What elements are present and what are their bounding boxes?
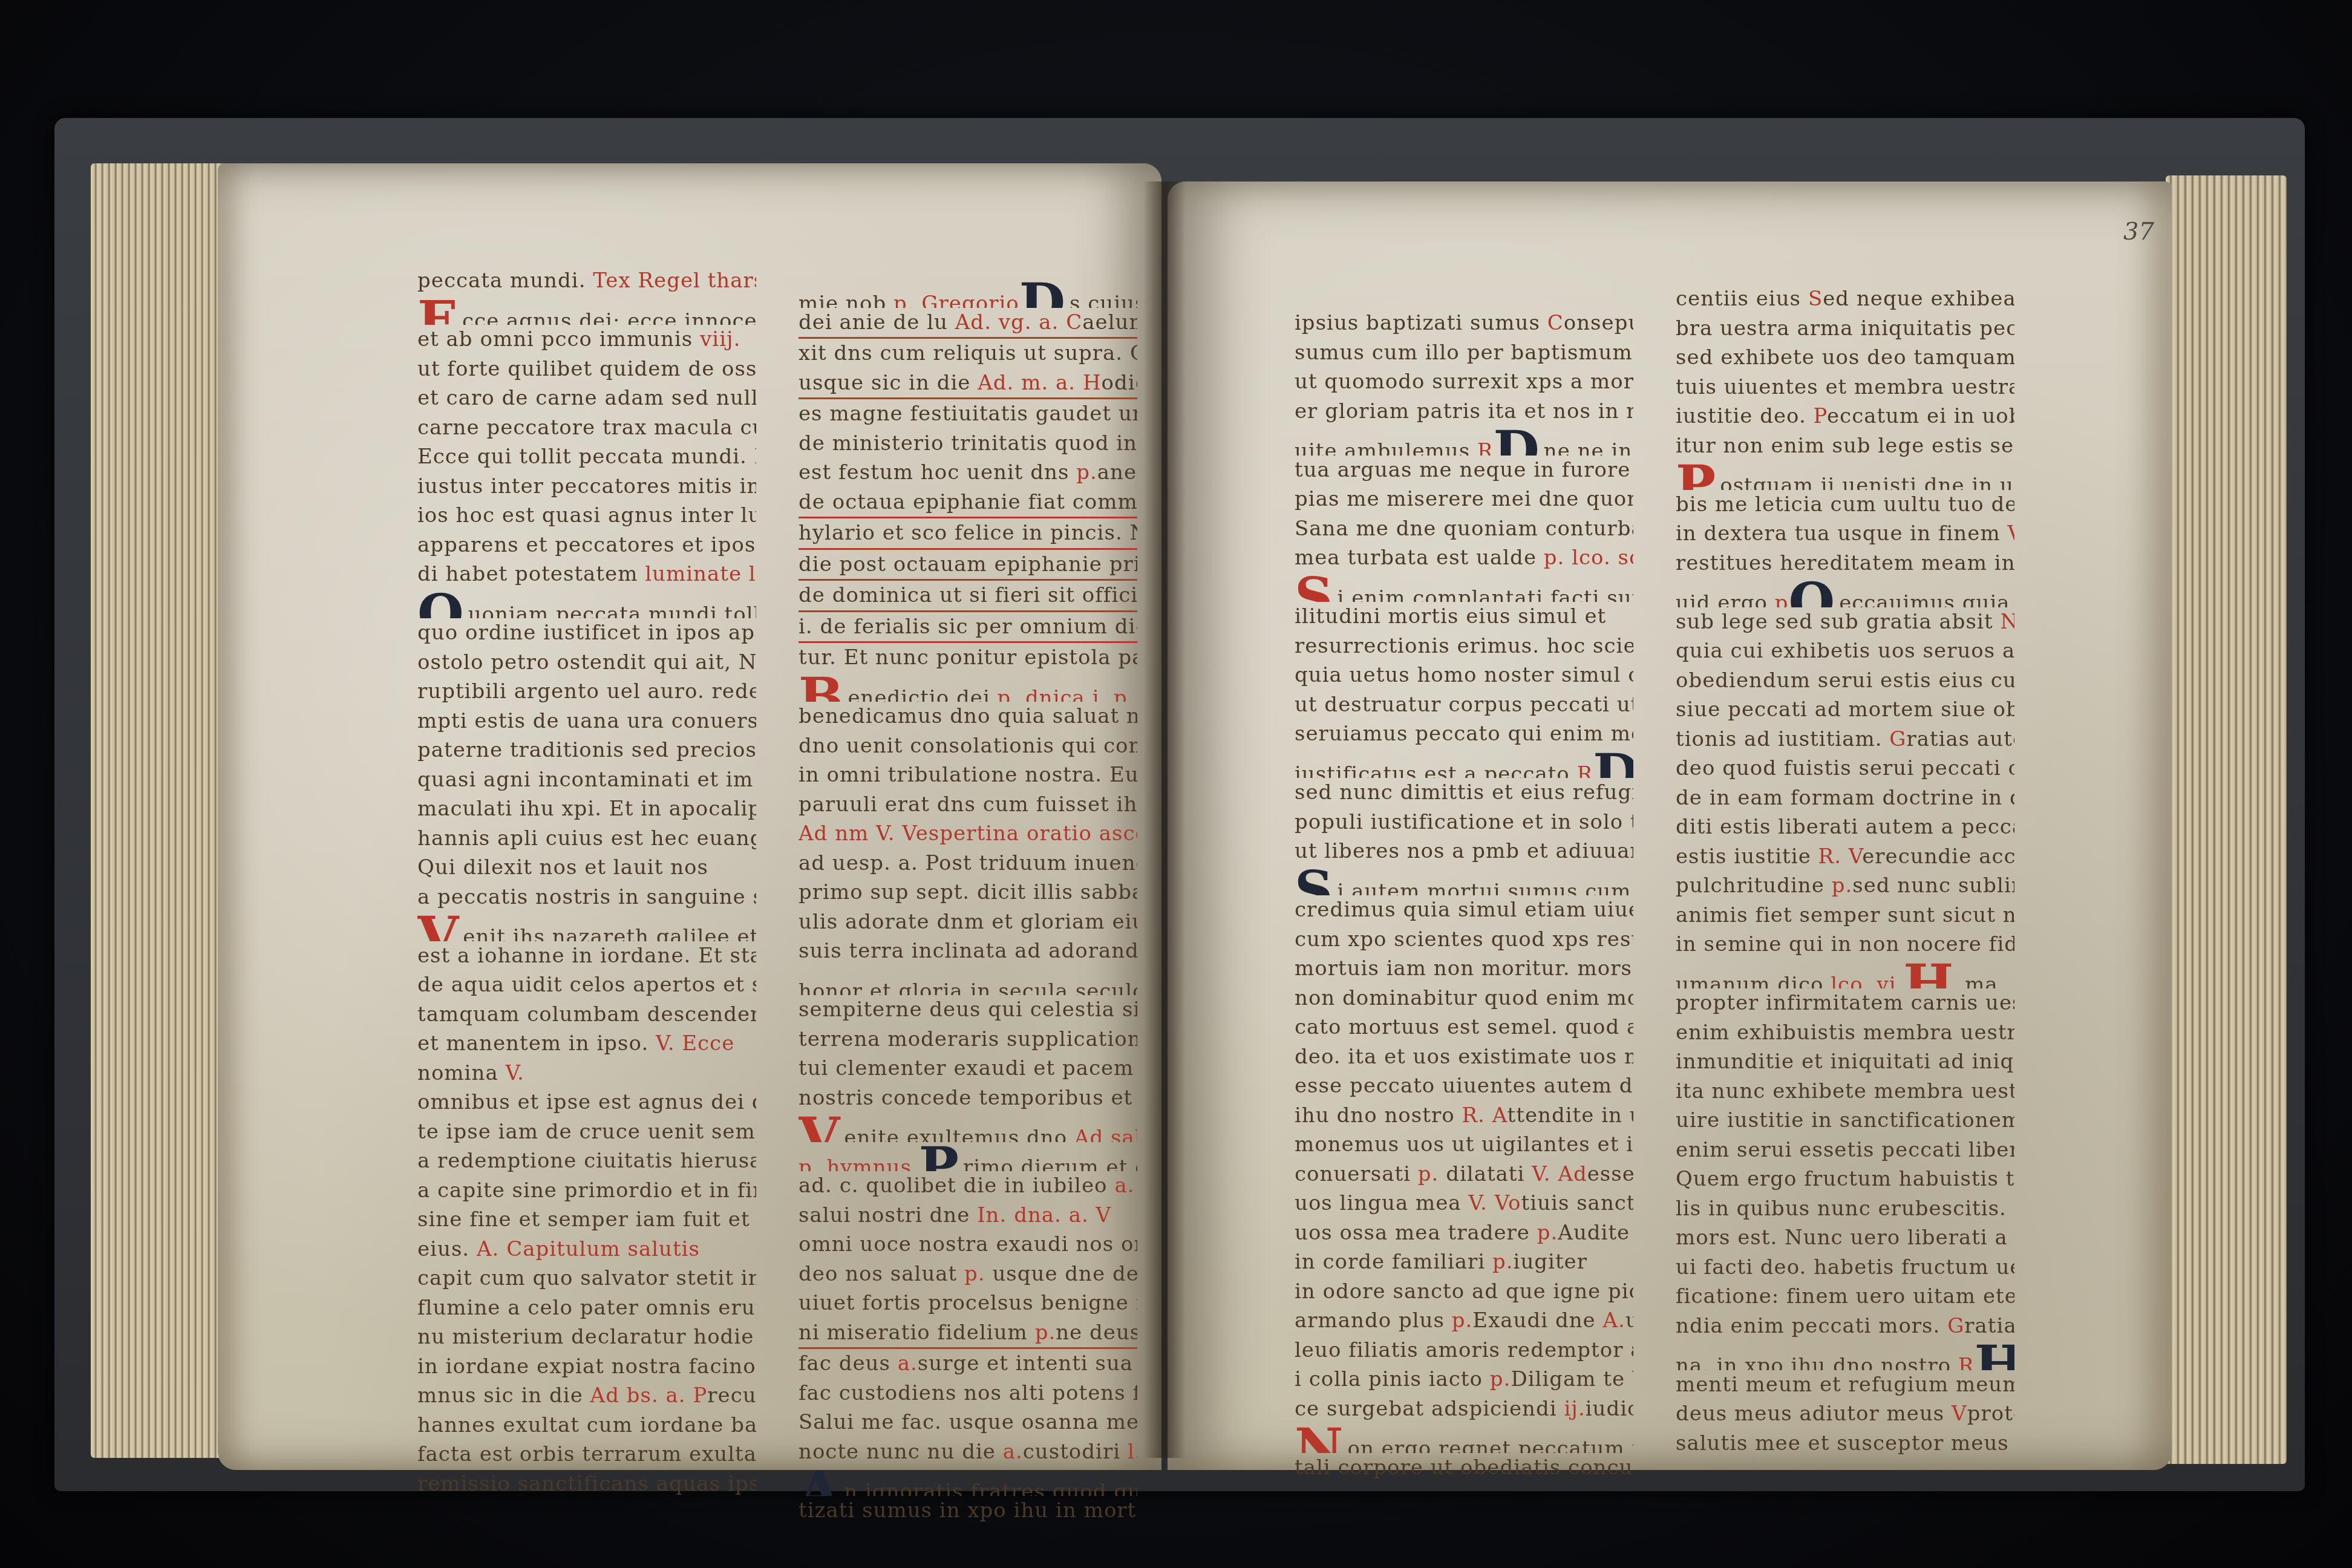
manuscript-line: ut forte quilibet quidem de ossibus adam [417, 354, 756, 384]
text: mea turbata est ualde [1295, 546, 1544, 570]
text: deo. ita et uos existimate uos mortuos [1295, 1045, 1633, 1069]
text: nu misterium declaratur hodie qui creato… [417, 1325, 756, 1349]
rubric: p [1775, 591, 1789, 607]
text: hannes exultat cum iordane baptizato dno [417, 1413, 756, 1437]
manuscript-line: tua arguas me neque in furore tuo corri [1295, 456, 1633, 485]
text: ma [1958, 973, 1998, 989]
manuscript-line: tamquam columbam descendentem [417, 1000, 756, 1030]
manuscript-line: eius. A. Capitulum salutis [417, 1235, 756, 1264]
text: mortuis iam non moritur. mors illi ultra [1295, 956, 1633, 981]
text: uos ossa mea tradere [1295, 1221, 1537, 1245]
manuscript-line: itur non enim sub lege estis sed sub gra… [1676, 431, 2014, 461]
rubric: a. [1003, 1440, 1023, 1464]
manuscript-line: es magne festiuitatis gaudet uniuersus o… [799, 399, 1137, 429]
manuscript-line: ce surgebat adspiciendi ij.iudicia in ii [1295, 1394, 1633, 1424]
text: er gloriam patris ita et nos in nouitate [1295, 399, 1633, 423]
right-page-column-1: ipsius baptizati sumus Consepulti eisumu… [1295, 309, 1633, 1482]
decorated-initial: V [417, 912, 459, 941]
text: te ipse iam de cruce uenit semper [417, 1120, 756, 1144]
rubric: Ad salutari [1074, 1126, 1137, 1142]
book-gutter [1143, 181, 1186, 1458]
rubric: lco. vj. [1831, 973, 1903, 989]
manuscript-line: tionis ad iustitiam. Gratias autem [1676, 725, 2014, 754]
decorated-initial: B [799, 673, 844, 702]
manuscript-line: Si autem mortui sumus cum xpo: [1295, 866, 1633, 896]
text: ratias autem [1906, 727, 2014, 751]
manuscript-line: An ignoratis fratres quod quicumque bap [799, 1466, 1137, 1496]
text: in omni tribulatione nostra. Euangelium [799, 763, 1137, 787]
rubric: p. [1832, 874, 1853, 898]
text: iustus inter peccatores mitis inter imp [417, 474, 756, 498]
manuscript-line: mea turbata est ualde p. lco. scda [1295, 543, 1633, 573]
manuscript-line: uos ossa mea tradere p.Audite [1295, 1218, 1633, 1248]
text: di habet potestatem [417, 562, 645, 586]
text: et ab omni pcco immunis [417, 327, 700, 351]
decorated-initial: A [799, 1466, 840, 1496]
manuscript-line: Quem ergo fructum habuistis tunc in il [1676, 1165, 2014, 1194]
text: iugiter [1514, 1250, 1587, 1274]
text: de octaua epiphanie fiat commemoratio de… [799, 490, 1137, 514]
manuscript-line: terrena moderaris supplicationes populi [799, 1025, 1137, 1054]
text: de dominica ut si fieri sit officium de … [799, 583, 1137, 607]
text: quia cui exhibetis uos seruos ad [1676, 639, 2014, 663]
text: Salui me fac. usque osanna me dne [799, 1410, 1137, 1434]
text: ita nunc exhibete membra uestra ser [1676, 1079, 2014, 1103]
text: uos lingua mea [1295, 1191, 1468, 1215]
manuscript-line: deo nos saluat p. usque dne deus meus [799, 1259, 1137, 1289]
text: pias me miserere mei dne quoniam infirmu… [1295, 487, 1633, 511]
manuscript-line: benedicamus dno quia saluat nos epiphani… [799, 702, 1137, 731]
text: Sana me dne quoniam conturbata sunt ossa… [1295, 517, 1633, 541]
text: ndia enim peccati mors. [1676, 1314, 1947, 1338]
text: n ignoratis fratres quod quicumque bap [844, 1480, 1137, 1496]
text: fac custodiens nos alti potens famulos [799, 1381, 1137, 1405]
manuscript-line: diti estis liberati autem a peccato seru… [1676, 812, 2014, 842]
manuscript-line: de in eam formam doctrine in qua tra [1676, 783, 2014, 813]
text: nocte nunc nu die [799, 1440, 1003, 1464]
manuscript-line: ad uesp. a. Post triduum inuenerunt ihm [799, 849, 1137, 878]
text: uiuet fortis procelsus benigne inter spi… [799, 1291, 1137, 1315]
text: propter infirmitatem carnis uestre. Sicu… [1676, 991, 2014, 1015]
decorated-initial: E [417, 296, 459, 325]
text: resurrectionis erimus. hoc scientes [1295, 634, 1633, 658]
rubric: ij. [1564, 1397, 1585, 1421]
rubric: V. Vo [1468, 1191, 1521, 1215]
text: ad. c. quolibet die in iubileo [799, 1174, 1114, 1198]
text: tionis ad iustitiam. [1676, 727, 1889, 751]
text: ratia autem uita eter [1964, 1314, 2014, 1338]
manuscript-line: tizati sumus in xpo ihu in morte. [799, 1496, 1137, 1526]
text: pulchritudine [1676, 874, 1832, 898]
text: a redemptione ciuitatis hierusalem [417, 1149, 756, 1173]
text: deo nos saluat [799, 1262, 964, 1286]
text: enit ihs nazareth galilee et baptizato [463, 925, 756, 941]
text: ne ne in ira [1544, 439, 1633, 456]
decorated-initial: D [1019, 278, 1066, 308]
text: paterne traditionis sed precioso sanguin… [417, 738, 756, 762]
rubric: Ad. m. a. H [978, 371, 1101, 395]
text: quasi agni incontaminati et im [417, 768, 753, 792]
rubric: p. [1537, 1221, 1558, 1245]
manuscript-line: cum xpo scientes quod xps resurgens ex [1295, 925, 1633, 955]
text: ut quomodo surrexit xps a mortuis p [1295, 370, 1633, 394]
manuscript-line: de ministerio trinitatis quod in iordane… [799, 429, 1137, 459]
manuscript-line: tui clementer exaudi et pacem tuam [799, 1054, 1137, 1083]
manuscript-line: lis in quibus nunc erubescitis. Nam fini… [1676, 1194, 2014, 1224]
text: usque dne deus meus [992, 1262, 1137, 1286]
rubric: In. dna. a. V [977, 1203, 1111, 1227]
text: primo sup sept. dicit illis sabbato ad u… [799, 880, 1137, 904]
text: peccata mundi. [417, 269, 593, 293]
text: i. de ferialis sic per omnium die conseq… [799, 615, 1137, 639]
text: sumus cum illo per baptismum in mortem. [1295, 341, 1633, 365]
manuscript-line: resurrectionis erimus. hoc scientes [1295, 632, 1633, 661]
text: flumine a celo pater omnis erupit [417, 1296, 756, 1320]
manuscript-line: in corde familiari p.iugiter [1295, 1247, 1633, 1277]
text: suis terra inclinata ad adorandum [799, 939, 1137, 963]
manuscript-line: mors est. Nunc uero liberati a peccato s… [1676, 1223, 2014, 1253]
manuscript-line: fac deus a.surge et intenti sua nummina [799, 1349, 1137, 1379]
manuscript-line: suis terra inclinata ad adorandum p. ad [799, 936, 1137, 966]
manuscript-line: sed exhibete uos deo tamquam ex mor [1676, 343, 2014, 373]
manuscript-line: sed nunc dimittis et eius refugium [1295, 778, 1633, 808]
manuscript-line: hannis apli cuius est hec euangelium. [417, 824, 756, 854]
text: in corde familiari [1295, 1250, 1492, 1274]
folio-number: 37 [2123, 218, 2154, 246]
manuscript-line: tali corpore ut obediatis concupis. [1295, 1453, 1633, 1483]
text: de ministerio trinitatis quod in iordane… [799, 431, 1137, 456]
manuscript-line: ruptibili argento uel auro. rede [417, 677, 756, 707]
text: benedicamus dno quia saluat nos epiphani… [799, 704, 1137, 728]
manuscript-line: uid ergo pQeccauimus quia non sumus [1676, 578, 2014, 607]
text: ostolo petro ostendit qui ait, No cor [417, 650, 756, 675]
decorated-initial: S [1295, 866, 1334, 896]
manuscript-line: monemus uos ut uigilantes et in oratione [1295, 1130, 1633, 1160]
manuscript-line: facta est orbis terrarum exultatio facta… [417, 1440, 756, 1469]
text: fac deus [799, 1351, 898, 1376]
text: tiuis sanctis [1521, 1191, 1633, 1215]
text: erecundie accepto [1862, 844, 2014, 869]
text: ttendite in uos [1508, 1103, 1633, 1128]
text: capit cum quo salvator stetit in iordane [417, 1266, 756, 1290]
text: surge et intenti sua nummina [918, 1351, 1137, 1376]
text: obediendum serui estis eius cui obeditis [1676, 668, 2014, 693]
text: armando plus [1295, 1308, 1452, 1333]
rubric: P [1814, 404, 1827, 428]
decorated-initial: H [1975, 1341, 2014, 1370]
manuscript-line: na. in xpo ihu dno nostro RHirma [1676, 1341, 2014, 1370]
manuscript-line: er gloriam patris ita et nos in nouitate [1295, 397, 1633, 426]
manuscript-line: ficatione: finem uero uitam eternam. Sti… [1676, 1282, 2014, 1312]
text: ad uesp. a. Post triduum inuenerunt ihm [799, 851, 1137, 875]
manuscript-line: non dominabitur quod enim mortuus est pe… [1295, 984, 1633, 1013]
manuscript-line: fac custodiens nos alti potens famulos a… [799, 1379, 1137, 1408]
manuscript-line: propter infirmitatem carnis uestre. Sicu… [1676, 988, 2014, 1018]
manuscript-line: inmunditie et iniquitati ad iniquitatem [1676, 1047, 2014, 1077]
text: Audite [1558, 1221, 1630, 1245]
text: facta est orbis terrarum exultatio facta… [417, 1442, 756, 1466]
text: protector meus et cornu [1967, 1402, 2014, 1426]
manuscript-line: Ecce qui tollit peccata mundi. Ecce q [417, 442, 756, 472]
rubric: p. [1492, 1250, 1514, 1274]
manuscript-line: dei anie de lu Ad. vg. a. Caelum princip… [799, 308, 1137, 339]
text: esse [1587, 1162, 1633, 1186]
manuscript-line: menti meum et refugium meum et liberator… [1676, 1370, 2014, 1400]
rubric: R [1958, 1354, 1975, 1370]
manuscript-line: quo ordine iustificet in ipos ap [417, 618, 756, 648]
manuscript-line: Postquam ii uenisti dne in uias uite ad … [1676, 460, 2014, 490]
rubric: N [2000, 610, 2014, 634]
manuscript-line: i. de ferialis sic per omnium die conseq… [799, 612, 1137, 644]
manuscript-line: omnibus et ipse est agnus dei qui tollit [417, 1088, 756, 1117]
text: siue peccati ad mortem siue obedi [1676, 697, 2014, 722]
text: s cuius filius p hominis [1070, 292, 1137, 308]
rubric: V. T [2007, 521, 2014, 546]
manuscript-line: a redemptione ciuitatis hierusalem [417, 1146, 756, 1176]
rubric: R. A [1462, 1103, 1507, 1128]
manuscript-line: de octaua epiphanie fiat commemoratio de… [799, 488, 1137, 519]
text: centiis eius [1676, 287, 1808, 311]
text: mors est. Nunc uero liberati a peccato s… [1676, 1226, 2014, 1250]
text: tali corpore ut obediatis concupis. [1295, 1455, 1633, 1480]
text: i colla pinis iacto [1295, 1367, 1490, 1391]
text: de in eam formam doctrine in qua tra [1676, 786, 2014, 810]
text: ane dies uespre [1097, 460, 1137, 485]
decorated-initial: Q [1789, 578, 1836, 607]
text: remissio sanctificans aquas ipsi omnes c… [417, 1472, 756, 1496]
manuscript-line: a capite sine primordio et in fine [417, 1176, 756, 1206]
manuscript-line: die post octauam epiphanie primo occurri… [799, 550, 1137, 581]
manuscript-line: uite ambulemus RDne ne in ira [1295, 426, 1633, 456]
text: de aqua uidit celos apertos et spm [417, 973, 756, 997]
text: nomina [417, 1061, 505, 1085]
manuscript-line: p. hymnus Primo dierum et di ad [799, 1142, 1137, 1172]
manuscript-line: conuersati p. dilatati V. Adesse [1295, 1160, 1633, 1189]
manuscript-line: tuis uiuentes et membra uestra arma [1676, 373, 2014, 402]
text: salutis mee et susceptor meus [1676, 1431, 2014, 1455]
manuscript-line: enim serui essetis peccati liberi fuisti… [1676, 1135, 2014, 1165]
manuscript-line: di habet potestatem luminate lco. [417, 560, 756, 589]
manuscript-line: mortuis iam non moritur. mors illi ultra [1295, 954, 1633, 984]
manuscript-line: Benedictio dei p. dnica i. p. oct. [799, 673, 1137, 702]
manuscript-line: omni uoce nostra exaudi nos oratio nostr… [799, 1230, 1137, 1259]
manuscript-line: te ipse iam de cruce uenit semper [417, 1117, 756, 1147]
manuscript-line: deus meus adiutor meus Vprotector meus e… [1676, 1399, 2014, 1429]
text: diti estis liberati autem a peccato seru… [1676, 815, 2014, 839]
rubric: V. [505, 1061, 524, 1085]
text: ce surgebat adspiciendi [1295, 1397, 1564, 1421]
manuscript-line: Ad nm V. Vespertina oratio ascendat ad t… [799, 819, 1137, 849]
text: restitues hereditatem meam in [1676, 551, 2014, 575]
text: tizati sumus in xpo ihu in morte. [799, 1498, 1137, 1523]
text: bra uestra arma iniquitatis peccato: [1676, 316, 2014, 341]
manuscript-line: ipsius baptizati sumus Consepulti ei [1295, 309, 1633, 338]
text: itur non enim sub lege estis sed sub gra… [1676, 434, 2014, 458]
manuscript-line: ad. c. quolibet die in iubileo a. P [799, 1171, 1137, 1201]
manuscript-line: in semine qui in non nocere fidelis [1676, 930, 2014, 959]
manuscript-line: ostolo petro ostendit qui ait, No cor [417, 648, 756, 678]
manuscript-line: Venit ihs nazareth galilee et baptizato [417, 912, 756, 941]
manuscript-line: ita nunc exhibete membra uestra ser [1676, 1077, 2014, 1106]
text: monemus uos ut uigilantes et in oratione [1295, 1132, 1633, 1157]
rubric: luminate lco. [645, 562, 756, 586]
manuscript-line: est festum hoc uenit dns p.ane dies uesp… [799, 458, 1137, 488]
text: iudicia in ii [1586, 1397, 1633, 1421]
text: Diligam te [1511, 1367, 1632, 1391]
text: deus meus adiutor meus [1676, 1402, 1952, 1426]
text: ut liberes nos a pmb et adiuuare [1295, 839, 1633, 863]
manuscript-line: uire iustitie in sanctificationem. Cum [1676, 1106, 2014, 1135]
decorated-initial: P [919, 1142, 959, 1172]
manuscript-line: cato mortuus est semel. quod autem uiuit… [1295, 1013, 1633, 1042]
manuscript-line: ni miseratio fidelium p.ne deus. usque s… [799, 1318, 1137, 1350]
text: aelum principium [1082, 310, 1137, 335]
rubric: G [1947, 1314, 1964, 1338]
manuscript-line: sumus cum illo per baptismum in mortem. [1295, 338, 1633, 368]
text: a capite sine primordio et in fine [417, 1178, 756, 1203]
manuscript-line: nomina V. [417, 1059, 756, 1088]
text: hylario et sco felice in pincis. Notandu… [799, 521, 1137, 545]
manuscript-line: de aqua uidit celos apertos et spm [417, 970, 756, 1000]
text: quo ordine iustificet in ipos ap [417, 621, 755, 645]
text: xit dns cum reliquis ut supra. Capitulum… [799, 341, 1137, 365]
manuscript-line: deo. ita et uos existimate uos mortuos [1295, 1042, 1633, 1072]
manuscript-line: hylario et sco felice in pincis. Notandu… [799, 518, 1137, 550]
manuscript-line: ulis adorate dnm et gloriam eius sed [799, 907, 1137, 937]
manuscript-line: remissio sanctificans aquas ipsi omnes c… [417, 1469, 756, 1499]
manuscript-line: uos lingua mea V. Votiuis sanctis [1295, 1189, 1633, 1218]
manuscript-line: ihu dno nostro R. Attendite in uos [1295, 1101, 1633, 1131]
manuscript-line: nocte nunc nu die a.custodiri l. ij. l. … [799, 1437, 1137, 1467]
decorated-initial: D [1494, 426, 1540, 456]
manuscript-line: animis fiet semper sunt sicut nos [1676, 901, 2014, 930]
manuscript-line: estis iustitie R. Verecundie accepto [1676, 842, 2014, 872]
text: Exaudi dne [1472, 1308, 1602, 1333]
manuscript-line: nostris concede temporibus et cet. Inuit… [799, 1083, 1137, 1113]
manuscript-line: mnus sic in die Ad bs. a. Precursor io [417, 1381, 756, 1411]
text: et manentem in ipso. [417, 1031, 656, 1056]
text: omni uoce nostra exaudi nos oratio nostr… [799, 1232, 1137, 1256]
text: mnus sic in die [417, 1383, 590, 1408]
manuscript-line: hannes exultat cum iordane baptizato dno [417, 1411, 756, 1440]
text: enedictio dei [848, 686, 997, 702]
decorated-initial: P [1676, 460, 1716, 490]
text: rimo dierum et di ad [963, 1155, 1137, 1172]
rubric: V. Ad [1532, 1162, 1587, 1186]
rubric: l. ij. l. j. [1128, 1440, 1137, 1464]
manuscript-line: Quoniam peccata mundi tollat x [417, 589, 756, 619]
rubric: R [1477, 439, 1494, 456]
manuscript-line: de dominica ut si fieri sit officium de … [799, 581, 1137, 612]
text: ne deus. usque saluum me [1056, 1321, 1137, 1345]
text: odie completi [1102, 371, 1137, 395]
manuscript-line: salui nostri dne In. dna. a. V [799, 1201, 1137, 1230]
manuscript-line: in dextera tua usque in finem V. Tu es d… [1676, 519, 2014, 549]
text: ni miseratio fidelium [799, 1321, 1035, 1345]
manuscript-line: pulchritudine p.sed nunc sublimi [1676, 871, 2014, 901]
manuscript-line: ut liberes nos a pmb et adiuuare p. lco.… [1295, 837, 1633, 866]
text: est a iohanne in iordane. Et statim asce… [417, 944, 756, 968]
text: bis me leticia cum uultu tuo delectation… [1676, 492, 2014, 517]
manuscript-line: nu misterium declaratur hodie qui creato… [417, 1322, 756, 1352]
rubric: a. [898, 1351, 918, 1376]
text: na. in xpo ihu dno nostro [1676, 1354, 1958, 1370]
text: sine fine et semper iam fuit et erit [417, 1207, 756, 1232]
text: non dominabitur quod enim mortuus est pe… [1295, 986, 1633, 1010]
text: ed neque exhibeatis mem [1823, 287, 2014, 311]
text: dno uenit consolationis qui consolatur n… [799, 734, 1137, 758]
text: ios hoc est quasi agnus inter lupos [417, 503, 756, 528]
rubric: p. [964, 1262, 992, 1286]
text: tui clementer exaudi et pacem tuam [799, 1056, 1137, 1080]
manuscript-line: ut destruatur corpus peccati ut ultra no… [1295, 690, 1633, 720]
rubric: A. Capitulum salutis [477, 1237, 700, 1261]
text: uire iustitie in sanctificationem. Cum [1676, 1108, 2014, 1132]
text: tur. Et nunc ponitur epistola pauli et o… [799, 645, 1137, 670]
manuscript-line: in odore sancto ad que igne pio purge at… [1295, 1277, 1633, 1307]
rubric: p. [1418, 1162, 1446, 1186]
rubric: p. hymnus [799, 1155, 919, 1172]
decorated-initial: V [799, 1112, 840, 1142]
text: ulis adorate dnm et gloriam eius [799, 910, 1137, 934]
rubric: V. Ecce [656, 1031, 734, 1056]
manuscript-line: armando plus p.Exaudi dne A.u pmm hui [1295, 1306, 1633, 1336]
rubric: viij. [700, 327, 740, 351]
text: ihu dno nostro [1295, 1103, 1462, 1128]
rubric: G [1889, 727, 1906, 751]
rubric: Ad bs. a. P [590, 1383, 708, 1408]
manuscript-line: Ecce agnus dei: ecce innocens le [417, 296, 756, 325]
manuscript-line: i colla pinis iacto p.Diligam te Vedia n… [1295, 1365, 1633, 1394]
text: umanum dico [1676, 973, 1831, 989]
text: die post octauam epiphanie primo occurri… [799, 552, 1137, 577]
manuscript-line: et caro de carne adam sed nullam de [417, 384, 756, 413]
text: est festum hoc uenit dns [799, 460, 1076, 485]
text: uite ambulemus [1295, 439, 1477, 456]
text: tua arguas me neque in furore tuo corri [1295, 458, 1633, 482]
manuscript-line: Si enim complantati facti sumus sim [1295, 573, 1633, 603]
manuscript-line: ui facti deo. habetis fructum uestrum in… [1676, 1253, 2014, 1282]
text: in semine qui in non nocere fidelis [1676, 932, 2014, 956]
text: sed nunc sublimi [1852, 874, 2014, 898]
text: lis in quibus nunc erubescitis. Nam fini… [1676, 1197, 2014, 1221]
manuscript-line: paruuli erat dns cum fuisset ihs annorum… [799, 790, 1137, 820]
manuscript-line: obediendum serui estis eius cui obeditis [1676, 666, 2014, 696]
manuscript-line: capit cum quo salvator stetit in iordane [417, 1264, 756, 1293]
text: i enim complantati facti sumus sim [1338, 586, 1633, 603]
manuscript-line: apparens et peccatores et ipos iustifica [417, 531, 756, 560]
text: enite exultemus dno [844, 1126, 1074, 1142]
text: ut forte quilibet quidem de ossibus adam [417, 357, 756, 381]
text: ficatione: finem uero uitam eternam. [1676, 1284, 2014, 1308]
text: enim exhibuistis membra uestra seruire [1676, 1021, 2014, 1045]
text: a peccatis nostris in sanguine suo [417, 885, 756, 909]
text: omnibus et ipse est agnus dei qui tollit [417, 1090, 756, 1114]
decorated-initial: Q [417, 589, 465, 619]
manuscript-line: sub lege sed sub gratia absit Nescis [1676, 607, 2014, 637]
text: sed nunc dimittis et eius refugium [1295, 780, 1633, 805]
manuscript-line: quia cui exhibetis uos seruos ad [1676, 636, 2014, 666]
text: populi iustificatione et in solo tuo [1295, 810, 1633, 834]
rubric: p. Gregorio [893, 292, 1019, 308]
manuscript-line: mpti estis de uana ura conuersatione [417, 707, 756, 736]
manuscript-line: Sana me dne quoniam conturbata sunt ossa… [1295, 514, 1633, 544]
text: carne peccatore trax macula culpe. [417, 416, 756, 440]
manuscript-line: quasi agni incontaminati et im [417, 765, 756, 795]
text: hannis apli cuius est hec euangelium. [417, 826, 756, 851]
manuscript-line: Venite exultemus dno Ad salutari [799, 1112, 1137, 1142]
text: uid ergo [1676, 591, 1775, 607]
